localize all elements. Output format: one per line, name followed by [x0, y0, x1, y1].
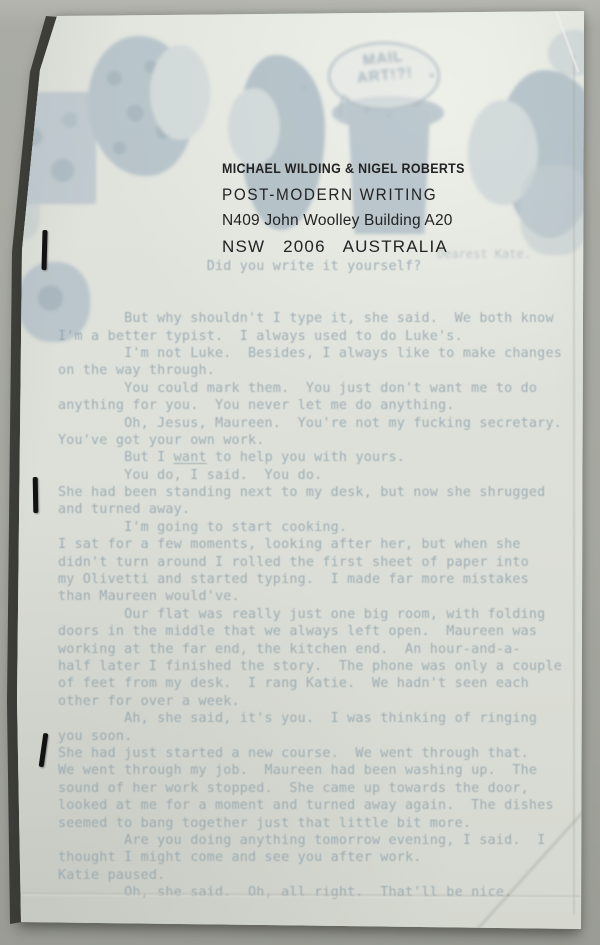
stamp-authors-line: MICHAEL WILDING & NIGEL ROBERTS	[222, 161, 465, 176]
staple-middle	[33, 477, 38, 513]
typed-line: sound of her work stopped. She came up t…	[58, 780, 562, 797]
typed-line: doors in the middle that we always left …	[58, 623, 562, 640]
booklet-cover-page: MAIL ART!?! ★ ★ ★ ★ ★ ★ Dearest Kate. Di…	[0, 0, 600, 945]
typed-line: Katie paused.	[58, 867, 562, 884]
typed-line: You do, I said. You do.	[58, 467, 562, 484]
typed-line: I'm a better typist. I always used to do…	[58, 328, 562, 345]
typed-line: I'm going to start cooking.	[58, 519, 562, 536]
typed-line: other for over a week.	[58, 693, 562, 710]
typed-line: half later I finished the story. The pho…	[58, 658, 562, 675]
typed-line: seemed to bang together just that little…	[58, 815, 562, 832]
typed-line: She had just started a new course. We we…	[58, 745, 562, 762]
typed-line: Ah, she said, it's you. I was thinking o…	[58, 710, 562, 727]
typed-line: I'm not Luke. Besides, I always like to …	[58, 345, 562, 362]
typed-line: on the way through.	[58, 362, 562, 379]
typed-line: Are you doing anything tomorrow evening,…	[58, 832, 562, 849]
typed-line	[58, 275, 562, 292]
ghost-face-left-icon	[150, 45, 210, 140]
star-icon: ★	[412, 100, 422, 111]
typed-line: and turned away.	[58, 501, 562, 518]
typed-line: Oh, Jesus, Maureen. You're not my fuckin…	[58, 415, 562, 432]
ghost-face-center-icon	[228, 88, 280, 166]
typed-line: She had been standing next to my desk, b…	[58, 484, 562, 501]
typed-line: You could mark them. You just don't want…	[58, 380, 562, 397]
typed-line: You've got your own work.	[58, 432, 562, 449]
typed-line: looked at me for a moment and turned awa…	[58, 797, 562, 814]
typed-line: We went through my job. Maureen had been…	[58, 762, 562, 779]
stamp-title-line: POST-MODERN WRITING	[222, 185, 460, 205]
star-icon: ★	[300, 84, 308, 93]
booklet-wrapper: MAIL ART!?! ★ ★ ★ ★ ★ ★ Dearest Kate. Di…	[0, 0, 600, 945]
typed-line: Our flat was really just one big room, w…	[58, 606, 562, 623]
star-icon: ★	[362, 106, 371, 116]
typed-line: anything for you. You never let me do an…	[58, 397, 562, 414]
typed-line: didn't turn around I rolled the first sh…	[58, 554, 562, 571]
typed-line: working at the far end, the kitchen end.…	[58, 641, 562, 658]
star-icon: ★	[428, 72, 435, 80]
typed-line: But why shouldn't I type it, she said. W…	[58, 310, 562, 327]
stamp-address-line: N409 John Woolley Building A20	[222, 212, 486, 230]
typed-line: my Olivetti and started typing. I made f…	[58, 571, 562, 588]
typed-line: you soon.	[58, 728, 562, 745]
typed-line	[58, 293, 562, 310]
address-stamp: MICHAEL WILDING & NIGEL ROBERTS POST-MOD…	[222, 161, 486, 257]
ghost-mark-icon	[0, 180, 40, 240]
typed-line: Did you write it yourself?	[58, 258, 562, 275]
typed-text: Did you write it yourself? But why shoul…	[58, 258, 562, 901]
stamp-state-line: NSW 2006 AUSTRALIA	[222, 237, 486, 257]
typed-line: of feet from my desk. I rang Katie. We h…	[58, 675, 562, 692]
right-edge-crease	[573, 55, 575, 915]
photograph-of-zine-cover: MAIL ART!?! ★ ★ ★ ★ ★ ★ Dearest Kate. Di…	[0, 0, 600, 945]
typed-line: I sat for a few moments, looking after h…	[58, 536, 562, 553]
ghost-collage-block-icon	[8, 92, 96, 204]
ghost-blob-right-icon	[520, 165, 590, 255]
typed-line: than Maureen would've.	[58, 588, 562, 605]
typed-line: thought I might come and see you after w…	[58, 849, 562, 866]
typed-line: But I want to help you with yours.	[58, 449, 562, 466]
star-icon: ★	[385, 112, 392, 120]
star-icon: ★	[344, 96, 351, 104]
